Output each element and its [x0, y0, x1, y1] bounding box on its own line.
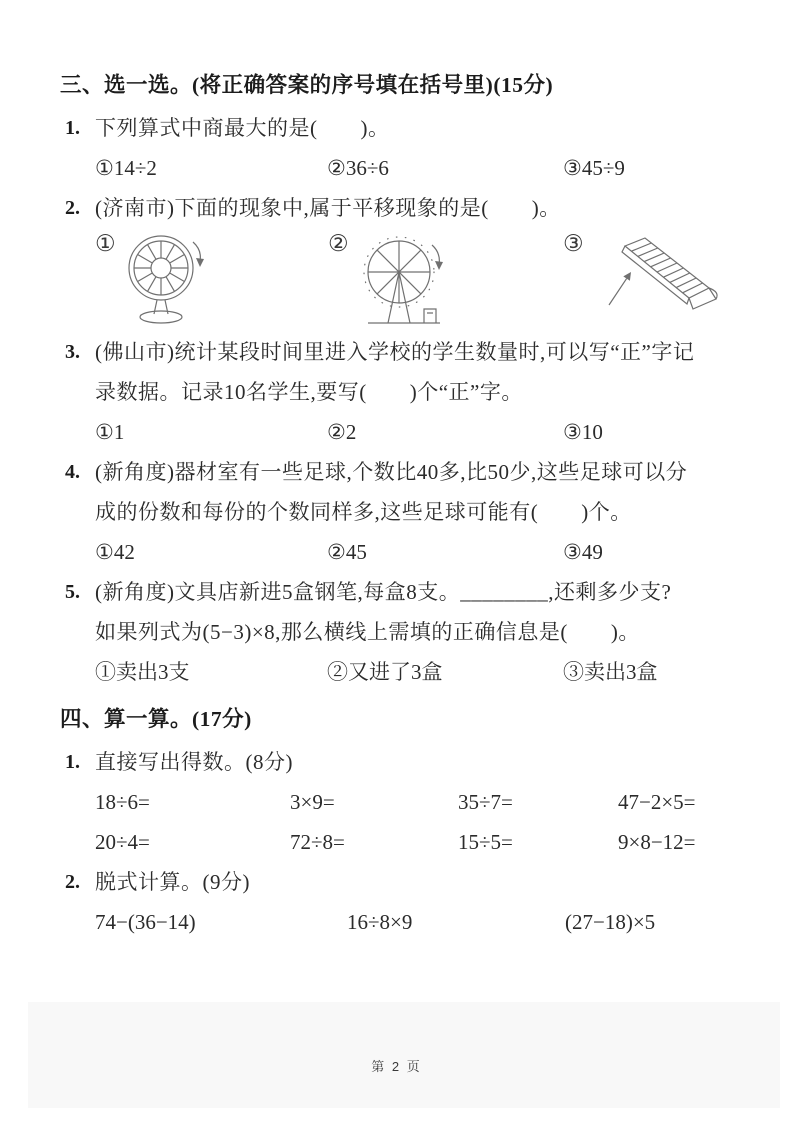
- section-title: 三、选一选。(将正确答案的序号填在括号里)(15分): [60, 62, 760, 108]
- footer-page-number: 第 2 页: [0, 1056, 793, 1075]
- option-2: ②又进了3盒: [327, 652, 563, 692]
- section-multiple-choice: 三、选一选。(将正确答案的序号填在括号里)(15分) 1. 下列算式中商最大的是…: [60, 62, 760, 692]
- section-title: 四、算一算。(17分): [60, 696, 760, 742]
- question-text: (济南市)下面的现象中,属于平移现象的是( )。: [95, 188, 760, 228]
- question-number: 1.: [65, 108, 80, 148]
- question-5: 5. (新角度)文具店新进5盒钢笔,每盒8支。________,还剩多少支? 如…: [60, 572, 760, 692]
- figure-label: ②: [328, 230, 349, 258]
- question-3: 3. (佛山市)统计某段时间里进入学校的学生数量时,可以写“正”字记 录数据。记…: [60, 332, 760, 452]
- option-1: ①卖出3支: [95, 652, 327, 692]
- calc-expression: 18÷6=: [95, 782, 290, 822]
- calc-expression: 35÷7=: [458, 782, 618, 822]
- figure-escalator: ③: [563, 230, 724, 325]
- fan-illustration: [121, 230, 209, 326]
- options-row: ①42 ②45 ③49: [95, 532, 760, 572]
- question-number: 3.: [65, 332, 80, 372]
- worksheet-page: 三、选一选。(将正确答案的序号填在括号里)(15分) 1. 下列算式中商最大的是…: [0, 0, 793, 1122]
- question-number: 2.: [65, 862, 80, 902]
- subsection-title: 脱式计算。(9分): [95, 862, 760, 902]
- option-2: ②36÷6: [327, 148, 563, 188]
- ferris-wheel-illustration: [354, 230, 452, 330]
- option-1: ①42: [95, 532, 327, 572]
- question-text-line-2: 如果列式为(5−3)×8,那么横线上需填的正确信息是( )。: [95, 612, 760, 652]
- subsection-title: 直接写出得数。(8分): [95, 742, 760, 782]
- question-2-figures: ① ②: [95, 230, 760, 332]
- calc-subsection-1: 1. 直接写出得数。(8分) 18÷6= 3×9= 35÷7= 47−2×5= …: [60, 742, 760, 862]
- calc-row: 18÷6= 3×9= 35÷7= 47−2×5=: [95, 782, 760, 822]
- scan-artifact: [28, 1002, 780, 1108]
- calc-subsection-2: 2. 脱式计算。(9分) 74−(36−14) 16÷8×9 (27−18)×5: [60, 862, 760, 942]
- figure-fan: ①: [95, 230, 209, 326]
- calc-expression: 16÷8×9: [347, 902, 565, 942]
- calc-expression: 47−2×5=: [618, 782, 760, 822]
- calc-expression: 72÷8=: [290, 822, 458, 862]
- option-3: ③45÷9: [563, 148, 760, 188]
- calc-expression: (27−18)×5: [565, 902, 760, 942]
- question-text: 下列算式中商最大的是( )。: [95, 108, 760, 148]
- options-row: ①卖出3支 ②又进了3盒 ③卖出3盒: [95, 652, 760, 692]
- question-number: 4.: [65, 452, 80, 492]
- calc-row: 74−(36−14) 16÷8×9 (27−18)×5: [95, 902, 760, 942]
- option-1: ①14÷2: [95, 148, 327, 188]
- figure-ferris-wheel: ②: [328, 230, 452, 330]
- option-2: ②45: [327, 532, 563, 572]
- question-number: 5.: [65, 572, 80, 612]
- option-3: ③10: [563, 412, 760, 452]
- calc-expression: 9×8−12=: [618, 822, 760, 862]
- question-1: 1. 下列算式中商最大的是( )。 ①14÷2 ②36÷6 ③45÷9: [60, 108, 760, 188]
- options-row: ①14÷2 ②36÷6 ③45÷9: [95, 148, 760, 188]
- option-2: ②2: [327, 412, 563, 452]
- calc-row: 20÷4= 72÷8= 15÷5= 9×8−12=: [95, 822, 760, 862]
- question-text-line-1: (新角度)器材室有一些足球,个数比40多,比50少,这些足球可以分: [95, 452, 760, 492]
- escalator-illustration: [589, 230, 724, 325]
- option-3: ③卖出3盒: [563, 652, 760, 692]
- figure-label: ①: [95, 230, 116, 258]
- calc-expression: 20÷4=: [95, 822, 290, 862]
- question-text-line-1: (新角度)文具店新进5盒钢笔,每盒8支。________,还剩多少支?: [95, 572, 760, 612]
- question-4: 4. (新角度)器材室有一些足球,个数比40多,比50少,这些足球可以分 成的份…: [60, 452, 760, 572]
- section-calculation: 四、算一算。(17分) 1. 直接写出得数。(8分) 18÷6= 3×9= 35…: [60, 696, 760, 942]
- option-3: ③49: [563, 532, 760, 572]
- question-number: 1.: [65, 742, 80, 782]
- calc-expression: 74−(36−14): [95, 902, 347, 942]
- question-2: 2. (济南市)下面的现象中,属于平移现象的是( )。 ①: [60, 188, 760, 332]
- options-row: ①1 ②2 ③10: [95, 412, 760, 452]
- figure-label: ③: [563, 230, 584, 258]
- option-1: ①1: [95, 412, 327, 452]
- worksheet-content: 三、选一选。(将正确答案的序号填在括号里)(15分) 1. 下列算式中商最大的是…: [60, 62, 760, 942]
- question-number: 2.: [65, 188, 80, 228]
- question-text-line-1: (佛山市)统计某段时间里进入学校的学生数量时,可以写“正”字记: [95, 332, 760, 372]
- calc-expression: 15÷5=: [458, 822, 618, 862]
- question-text-line-2: 录数据。记录10名学生,要写( )个“正”字。: [95, 372, 760, 412]
- question-text-line-2: 成的份数和每份的个数同样多,这些足球可能有( )个。: [95, 492, 760, 532]
- calc-expression: 3×9=: [290, 782, 458, 822]
